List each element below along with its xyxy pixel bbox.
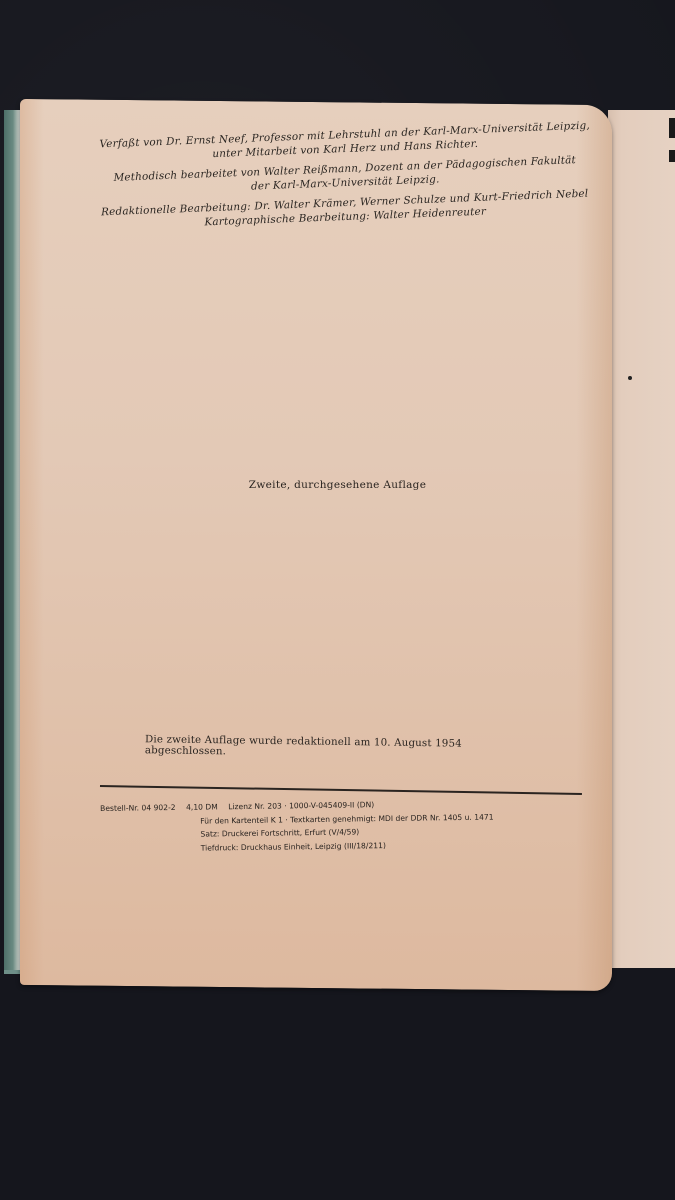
facing-page-text-fragment [669, 118, 675, 138]
ink-dot [628, 376, 632, 380]
license-number: Lizenz Nr. 203 · 1000-V-045409-II (DN) [228, 800, 374, 811]
facing-page-text-fragment [669, 150, 675, 162]
facing-page [608, 110, 675, 968]
credits-block: Verfaßt von Dr. Ernst Neef, Professor mi… [95, 128, 595, 230]
imprint-block: Bestell-Nr. 04 902-2 4,10 DM Lizenz Nr. … [100, 795, 581, 856]
edition-statement: Zweite, durchgesehene Auflage [0, 479, 675, 491]
price: 4,10 DM [186, 802, 218, 811]
order-number: Bestell-Nr. 04 902-2 [100, 803, 176, 813]
